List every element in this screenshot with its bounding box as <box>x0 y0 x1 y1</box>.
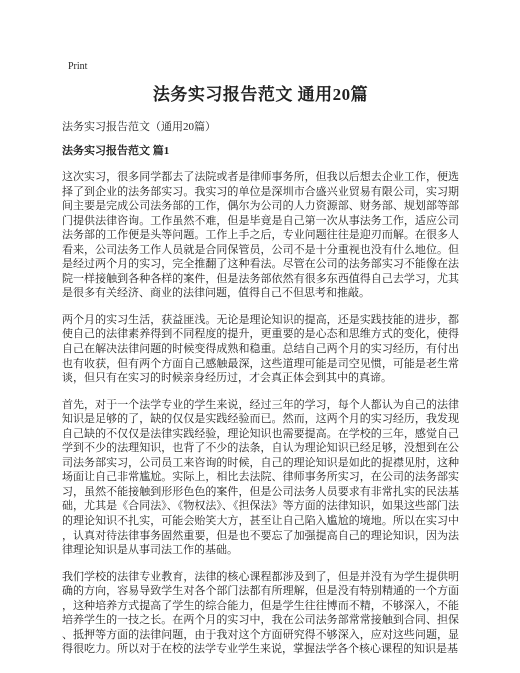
section-heading: 法务实习报告范文 篇1 <box>62 145 459 158</box>
document-subtitle: 法务实习报告范文（通用20篇） <box>62 121 459 134</box>
paragraph: 首先，对于一个法学专业的学生来说，经过三年的学习，每个人都认为自己的法律知识是足… <box>62 398 459 558</box>
paragraph: 我们学校的法律专业教育，法律的核心课程都涉及到了，但是并没有为学生提供明确的方向… <box>62 570 459 657</box>
document-title: 法务实习报告范文 通用20篇 <box>62 84 459 106</box>
document-body: 这次实习，很多同学都去了法院或者是律师事务所，但我以后想去企业工作，便选择了到企… <box>62 170 459 657</box>
paragraph: 这次实习，很多同学都去了法院或者是律师事务所，但我以后想去企业工作，便选择了到企… <box>62 170 459 301</box>
print-link[interactable]: Print <box>68 61 87 73</box>
paragraph: 两个月的实习生活，获益匪浅。无论是理论知识的提高，还是实践技能的进步，都使自己的… <box>62 313 459 386</box>
document-page: Print 法务实习报告范文 通用20篇 法务实习报告范文（通用20篇） 法务实… <box>0 0 520 673</box>
document-content: 法务实习报告范文 通用20篇 法务实习报告范文（通用20篇） 法务实习报告范文 … <box>0 0 520 657</box>
